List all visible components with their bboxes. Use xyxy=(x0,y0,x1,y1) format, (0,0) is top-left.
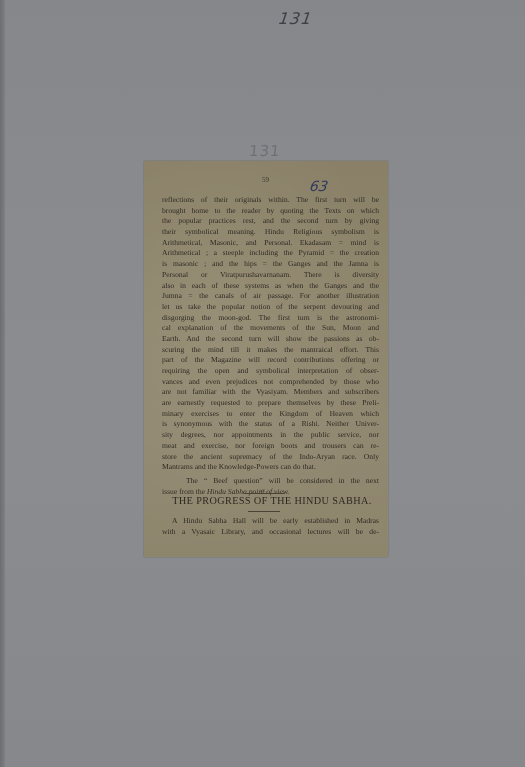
note-line-italic: Hindu Sabha point of view. xyxy=(207,487,289,496)
scan-edge-strip xyxy=(0,0,5,767)
text-line: disgorging the moon-god. The first turn … xyxy=(162,313,379,324)
text-line: scuring the mind till it makes the mantr… xyxy=(162,345,379,356)
text-line: brought home to the reader by quoting th… xyxy=(162,206,379,217)
text-line: Arithmetical, Masonic, and Personal. Eka… xyxy=(162,238,379,249)
text-line: sity degrees, nor appointments in the pu… xyxy=(162,430,379,441)
text-line: is synonymous with the status of a Rishi… xyxy=(162,419,379,430)
text-line: with a Vyasaic Library, and occasional l… xyxy=(162,526,379,537)
text-line: are not familiar with the Vyasiyam. Memb… xyxy=(162,387,379,398)
text-line: Arithmetical ; a steeple including the P… xyxy=(162,248,379,259)
text-line: cal explanation of the movements of the … xyxy=(162,323,379,334)
divider-ornament: :o: xyxy=(260,489,265,494)
text-line: Earth. And the second turn will show the… xyxy=(162,334,379,345)
text-line: Jumna = the canals of air passage. For a… xyxy=(162,291,379,302)
text-line: vances and even prejudices not comprehen… xyxy=(162,377,379,388)
text-line: meat and exercise, nor foreign boots and… xyxy=(162,441,379,452)
text-line: their symbolical meaning. Hindu Religiou… xyxy=(162,227,379,238)
folio-number-faint: 131 xyxy=(248,142,282,160)
divider-rule-bottom xyxy=(248,511,280,512)
section-heading: THE PROGRESS OF THE HINDU SABHA. xyxy=(162,496,382,507)
text-line: A Hindu Sabha Hall will be early establi… xyxy=(162,515,379,526)
text-line: Personal or Viratpurushavarnanam. There … xyxy=(162,270,379,281)
text-line: is masonic ; and the hips = the Ganges a… xyxy=(162,259,379,270)
text-line: Mantrams and the Knowledge-Powers can do… xyxy=(162,462,379,473)
newspaper-clipping: 59 63 reflections of their originals wit… xyxy=(144,161,388,557)
text-line: are earnestly requested to prepare thems… xyxy=(162,398,379,409)
text-line: part of the Magazine will record contrib… xyxy=(162,355,379,366)
text-line: requiring the open and symbolical interp… xyxy=(162,366,379,377)
text-line: also in each of these systems as when th… xyxy=(162,281,379,292)
handwritten-page-number: 63 xyxy=(309,179,330,195)
printed-page-number: 59 xyxy=(262,176,269,184)
text-line: let us take the popular notion of the se… xyxy=(162,302,379,313)
text-line: store the ancient supremacy of the Indo-… xyxy=(162,452,379,463)
text-line: minary exercises to enter the Kingdom of… xyxy=(162,409,379,420)
section-paragraph: A Hindu Sabha Hall will be early establi… xyxy=(162,515,379,536)
text-line: the popular practices rest, and the seco… xyxy=(162,216,379,227)
folio-number-top: 131 xyxy=(278,9,314,28)
note-line: The “ Beef question” will be considered … xyxy=(162,476,379,487)
text-line: reflections of their originals within. T… xyxy=(162,195,379,206)
note-line-prefix: issue from the xyxy=(162,487,207,496)
main-paragraph: reflections of their originals within. T… xyxy=(144,195,379,497)
